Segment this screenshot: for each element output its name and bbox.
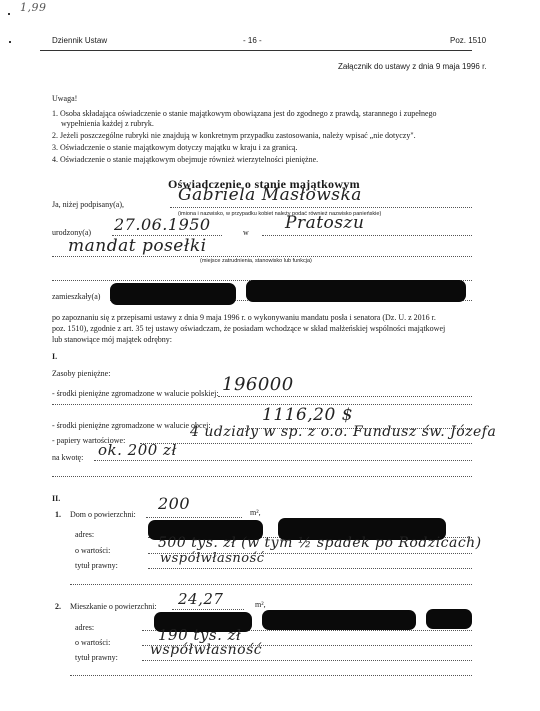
note-item-1: 1. Osoba składająca oświadczenie o stani… <box>52 109 437 118</box>
cash-subheading: Zasoby pieniężne: <box>52 369 110 378</box>
house-title-field[interactable]: współwłasność <box>160 551 265 566</box>
pln-label: - środki pieniężne zgromadzone w walucie… <box>52 389 219 398</box>
annex-note: Załącznik do ustawy z dnia 9 maja 1996 r… <box>338 62 487 71</box>
flat-number: 2. <box>55 602 61 611</box>
redacted-flat-address-3 <box>426 609 472 629</box>
intro-line-1: po zapoznaniu się z przepisami ustawy z … <box>52 313 436 322</box>
house-area-field[interactable]: 200 <box>158 494 190 513</box>
house-number: 1. <box>55 510 61 519</box>
note-item-1-cont: wypełnienia każdej z rubryk. <box>61 119 154 128</box>
born-in-label: w <box>243 228 249 237</box>
house-title-line <box>148 568 472 569</box>
residence-label: zamieszkały(a) <box>52 292 100 301</box>
flat-address-label: adres: <box>75 623 94 632</box>
redacted-address-part-1 <box>110 283 236 305</box>
amount-line <box>94 460 472 461</box>
redacted-flat-address-2 <box>262 610 416 630</box>
flat-title-label: tytuł prawny: <box>75 653 118 662</box>
flat-title-line <box>142 660 472 661</box>
scan-speck <box>8 13 10 15</box>
foreign-label: - środki pieniężne zgromadzone w walucie… <box>52 421 211 430</box>
note-item-2: 2. Jeżeli poszczególne rubryki nie znajd… <box>52 131 416 140</box>
foreign-field[interactable]: 1116,20 $ <box>262 405 353 425</box>
flat-area-line <box>172 609 244 610</box>
intro-line-3: lub stanowiące mój majątek odrębny: <box>52 335 172 344</box>
intro-line-2: poz. 1510), zgodnie z art. 35 tej ustawy… <box>52 324 445 333</box>
job-hint: (miejsce zatrudnienia, stanowisko lub fu… <box>200 258 312 264</box>
securities-line <box>140 443 472 444</box>
house-area-unit: m², <box>250 508 261 517</box>
job-field[interactable]: mandat posełki <box>68 236 207 256</box>
header-rule <box>40 50 472 51</box>
header-page-number: - 16 - <box>243 36 262 45</box>
pln-field[interactable]: 196000 <box>222 374 294 395</box>
flat-value-label: o wartości: <box>75 638 110 647</box>
born-place-field[interactable]: Pratoszu <box>285 213 364 233</box>
pln-line <box>218 396 472 397</box>
flat-area-field[interactable]: 24,27 <box>178 590 223 608</box>
job-line <box>52 256 472 257</box>
house-label: Dom o powierzchni: <box>70 510 136 519</box>
corner-handwritten-mark: 1,99 <box>20 1 47 14</box>
amount-label: na kwotę: <box>52 453 83 462</box>
house-title-label: tytuł prawny: <box>75 561 118 570</box>
securities-field[interactable]: 4 udziały w sp. z o.o. Fundusz św. Józef… <box>190 424 496 440</box>
name-label: Ja, niżej podpisany(a), <box>52 200 124 209</box>
note-item-3: 3. Oświadczenie o stanie majątkowym doty… <box>52 143 297 152</box>
header-position: Poz. 1510 <box>450 36 486 45</box>
scan-speck <box>9 41 11 43</box>
note-item-4: 4. Oświadczenie o stanie majątkowym obej… <box>52 155 318 164</box>
amount-field[interactable]: ok. 200 zł <box>98 441 177 459</box>
house-value-label: o wartości: <box>75 546 110 555</box>
amount-line-2 <box>52 476 472 477</box>
name-field-line <box>170 207 472 208</box>
born-date-field[interactable]: 27.06.1950 <box>114 215 211 234</box>
house-value-field[interactable]: 500 tys. zł (w tym ½ spadek po Rodzicach… <box>158 535 482 551</box>
section-1-heading: I. <box>52 352 57 361</box>
house-line-extra <box>70 584 472 585</box>
redacted-address-part-2 <box>246 280 466 302</box>
section-2-heading: II. <box>52 494 60 503</box>
flat-area-unit: m², <box>255 600 266 609</box>
header-journal-name: Dziennik Ustaw <box>52 36 107 45</box>
notes-title: Uwaga! <box>52 94 77 103</box>
flat-line-extra <box>70 675 472 676</box>
house-area-line <box>146 517 242 518</box>
born-place-line <box>262 235 472 236</box>
flat-label: Mieszkanie o powierzchni: <box>70 602 157 611</box>
flat-title-field[interactable]: współwłasność <box>150 642 262 658</box>
house-address-label: adres: <box>75 530 94 539</box>
name-field[interactable]: Gabriela Masłowska <box>178 185 362 205</box>
